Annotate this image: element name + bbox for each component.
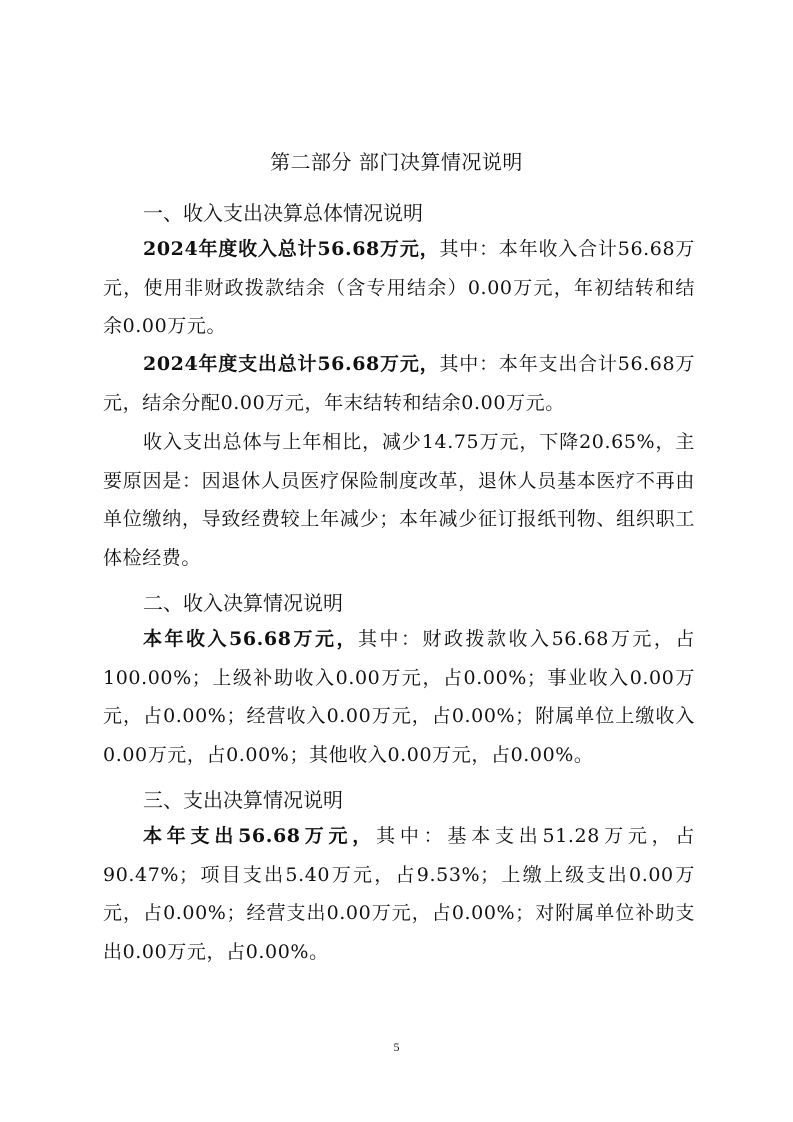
bold-lead: 2024年度收入总计56.68万元， [143,238,440,260]
bold-lead: 2024年度支出总计56.68万元， [143,353,440,375]
page-number: 5 [0,1040,793,1055]
paragraph-income-total: 2024年度收入总计56.68万元，其中：本年收入合计56.68万元，使用非财政… [103,230,695,346]
paragraph-comparison: 收入支出总体与上年相比，减少14.75万元，下降20.65%，主要原因是：因退休… [103,423,695,577]
section-heading-income: 二、收入决算情况说明 [143,587,343,616]
paragraph-expense-total: 2024年度支出总计56.68万元，其中：本年支出合计56.68万元，结余分配0… [103,345,695,422]
page-title: 第二部分 部门决算情况说明 [0,146,793,175]
paragraph-text: 收入支出总体与上年相比，减少14.75万元，下降20.65%，主要原因是：因退休… [103,431,695,569]
paragraph-income-detail: 本年收入56.68万元，其中：财政拨款收入56.68万元，占100.00%；上级… [103,620,695,774]
bold-lead: 本年收入56.68万元， [143,628,358,650]
document-page: 第二部分 部门决算情况说明 一、收入支出决算总体情况说明 2024年度收入总计5… [0,0,793,1122]
bold-lead: 本年支出56.68万元， [143,825,376,847]
section-heading-expense: 三、支出决算情况说明 [143,784,343,813]
section-heading-overall: 一、收入支出决算总体情况说明 [143,197,423,226]
paragraph-expense-detail: 本年支出56.68万元，其中：基本支出51.28万元，占90.47%；项目支出5… [103,817,695,971]
